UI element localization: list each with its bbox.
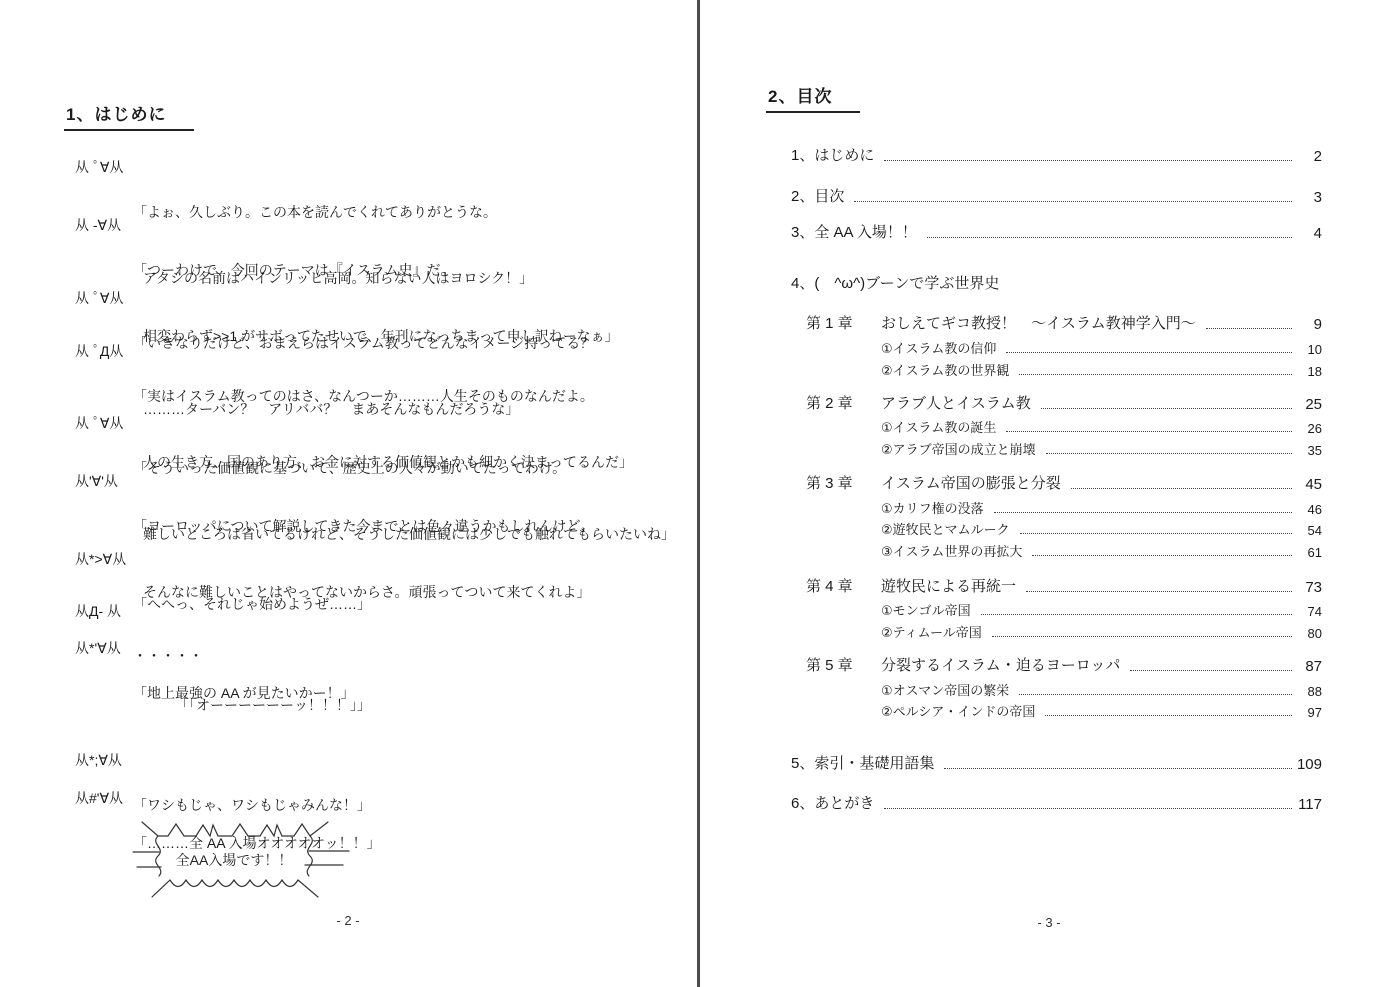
intro-page: 1、はじめに 从 ﾟ∀从 「よぉ、久しぶり。この本を読んでくれてありがとうな。 … [0, 0, 697, 987]
dot-leader [927, 237, 1292, 238]
dot-leader [1130, 670, 1292, 671]
toc-label: 3、全 AA 入場！！ [791, 221, 917, 242]
toc-page-number: 10 [1296, 342, 1322, 357]
dot-leader [1041, 408, 1292, 409]
toc-page-number: 88 [1296, 684, 1322, 699]
dot-leader [1006, 352, 1292, 353]
toc-page-number: 26 [1296, 421, 1322, 436]
toc-label: ①イスラム教の信仰 [881, 338, 996, 357]
toc-label: 2、目次 [791, 185, 844, 206]
toc-label: ②イスラム教の世界観 [881, 360, 1009, 379]
chapter-title: おしえてギコ教授！ ～イスラム教神学入門～ [881, 312, 1196, 333]
toc-row: 2、目次 3 [791, 186, 1322, 206]
toc-label: ②ペルシア・インドの帝国 [881, 701, 1035, 720]
toc-page-number: 2 [1296, 148, 1322, 165]
chapter-number: 第 1 章 [806, 312, 881, 333]
dialogue-row: 从*'∀从 「地上最強の AA が見たいかー！」 [75, 638, 355, 748]
toc-page-number: 74 [1296, 604, 1322, 619]
toc-page-number: 35 [1296, 443, 1322, 458]
toc-page-number: 117 [1296, 796, 1322, 813]
chapter-number: 第 4 章 [806, 575, 881, 596]
toc-label: ②遊牧民とマムルーク [881, 519, 1010, 538]
dot-leader [994, 512, 1292, 513]
page-number-footer: - 2 - [318, 913, 378, 928]
toc-sub-row: ①イスラム教の信仰 10 [881, 337, 1322, 357]
toc-chapter-row: 第 4 章 遊牧民による再統一 73 [806, 576, 1322, 596]
toc-chapter-row: 第 2 章 アラブ人とイスラム教 25 [806, 393, 1322, 413]
toc-label: 4、( ^ω^)ブーンで学ぶ世界史 [791, 272, 999, 293]
chapter-title: イスラム帝国の膨張と分裂 [881, 472, 1061, 493]
toc-page-number: 97 [1296, 705, 1322, 720]
toc-chapter-row: 第 3 章 イスラム帝国の膨張と分裂 45 [806, 473, 1322, 493]
toc-label: 5、索引・基礎用語集 [791, 752, 934, 773]
page-title: 1、はじめに [64, 100, 194, 131]
ascii-art-shout-bubble: 全AA入場です！！ [132, 817, 352, 901]
dot-leader [1045, 715, 1292, 716]
toc-label: ①イスラム教の誕生 [881, 417, 996, 436]
toc-page-number: 61 [1296, 545, 1322, 560]
chapter-number: 第 2 章 [806, 392, 881, 413]
toc-label: ②ティムール帝国 [881, 622, 982, 641]
dot-leader [1020, 533, 1292, 534]
dot-leader [992, 636, 1292, 637]
speech-text: 「地上最強の AA が見たいかー！」 [133, 638, 355, 748]
chapter-number: 第 3 章 [806, 472, 881, 493]
dot-leader [1019, 694, 1292, 695]
dot-leader [884, 808, 1292, 809]
dot-leader [1019, 374, 1292, 375]
crowd-shout-text: 「「オーーーーーーッ！！！」」 [175, 695, 371, 715]
toc-page-number: 80 [1296, 626, 1322, 641]
dot-leader [981, 614, 1292, 615]
toc-label: ③イスラム世界の再拡大 [881, 541, 1022, 560]
aa-face: 从*'∀从 [75, 638, 133, 748]
chapter-title: 遊牧民による再統一 [881, 575, 1016, 596]
toc-page-number: 87 [1296, 658, 1322, 675]
toc-sub-row: ②ペルシア・インドの帝国 97 [881, 700, 1322, 720]
dot-leader [1026, 591, 1292, 592]
dot-leader [944, 768, 1292, 769]
toc-row: 6、あとがき 117 [791, 793, 1322, 813]
toc-page-number: 109 [1296, 756, 1322, 773]
bubble-text: 全AA入場です！！ [176, 852, 293, 868]
chapter-number: 第 5 章 [806, 654, 881, 675]
toc-sub-row: ②遊牧民とマムルーク 54 [881, 518, 1322, 538]
dot-leader [884, 160, 1292, 161]
toc-row: 1、はじめに 2 [791, 145, 1322, 165]
dot-leader [1206, 328, 1292, 329]
toc-page-number: 73 [1296, 579, 1322, 596]
toc-sub-row: ①モンゴル帝国 74 [881, 599, 1322, 619]
toc-section-heading: 4、( ^ω^)ブーンで学ぶ世界史 [791, 273, 999, 293]
toc-page-number: 3 [1296, 189, 1322, 206]
toc-page-number: 25 [1296, 396, 1322, 413]
toc-sub-row: ②ティムール帝国 80 [881, 621, 1322, 641]
dot-leader [1071, 488, 1292, 489]
toc-page-number: 54 [1296, 523, 1322, 538]
toc-label: 1、はじめに [791, 144, 874, 165]
toc-sub-row: ①カリフ権の没落 46 [881, 497, 1322, 517]
aa-face: 从#'∀从 [75, 788, 133, 898]
toc-row: 5、索引・基礎用語集 109 [791, 753, 1322, 773]
toc-chapter-row: 第 1 章 おしえてギコ教授！ ～イスラム教神学入門～ 9 [806, 313, 1322, 333]
toc-page: 2、目次 1、はじめに 2 2、目次 3 3、全 AA 入場！！ 4 4、( ^… [700, 0, 1398, 987]
toc-label: ①オスマン帝国の繁栄 [881, 680, 1009, 699]
toc-chapter-row: 第 5 章 分裂するイスラム・迫るヨーロッパ 87 [806, 655, 1322, 675]
toc-row: 3、全 AA 入場！！ 4 [791, 222, 1322, 242]
toc-sub-row: ②イスラム教の世界観 18 [881, 359, 1322, 379]
page-title: 2、目次 [766, 82, 860, 113]
dot-leader [854, 201, 1292, 202]
toc-sub-row: ②アラブ帝国の成立と崩壊 35 [881, 438, 1322, 458]
toc-page-number: 46 [1296, 502, 1322, 517]
toc-page-number: 45 [1296, 476, 1322, 493]
toc-label: ②アラブ帝国の成立と崩壊 [881, 439, 1036, 458]
toc-label: ①モンゴル帝国 [881, 600, 971, 619]
toc-label: ①カリフ権の没落 [881, 498, 984, 517]
dot-leader [1032, 555, 1292, 556]
toc-page-number: 9 [1296, 316, 1322, 333]
chapter-title: 分裂するイスラム・迫るヨーロッパ [881, 654, 1120, 675]
dot-leader [1006, 431, 1292, 432]
toc-sub-row: ①オスマン帝国の繁栄 88 [881, 679, 1322, 699]
toc-page-number: 4 [1296, 225, 1322, 242]
chapter-title: アラブ人とイスラム教 [881, 392, 1031, 413]
toc-sub-row: ③イスラム世界の再拡大 61 [881, 540, 1322, 560]
page-number-footer: - 3 - [1019, 915, 1079, 930]
dot-leader [1046, 453, 1292, 454]
toc-sub-row: ①イスラム教の誕生 26 [881, 416, 1322, 436]
toc-page-number: 18 [1296, 364, 1322, 379]
toc-label: 6、あとがき [791, 792, 874, 813]
